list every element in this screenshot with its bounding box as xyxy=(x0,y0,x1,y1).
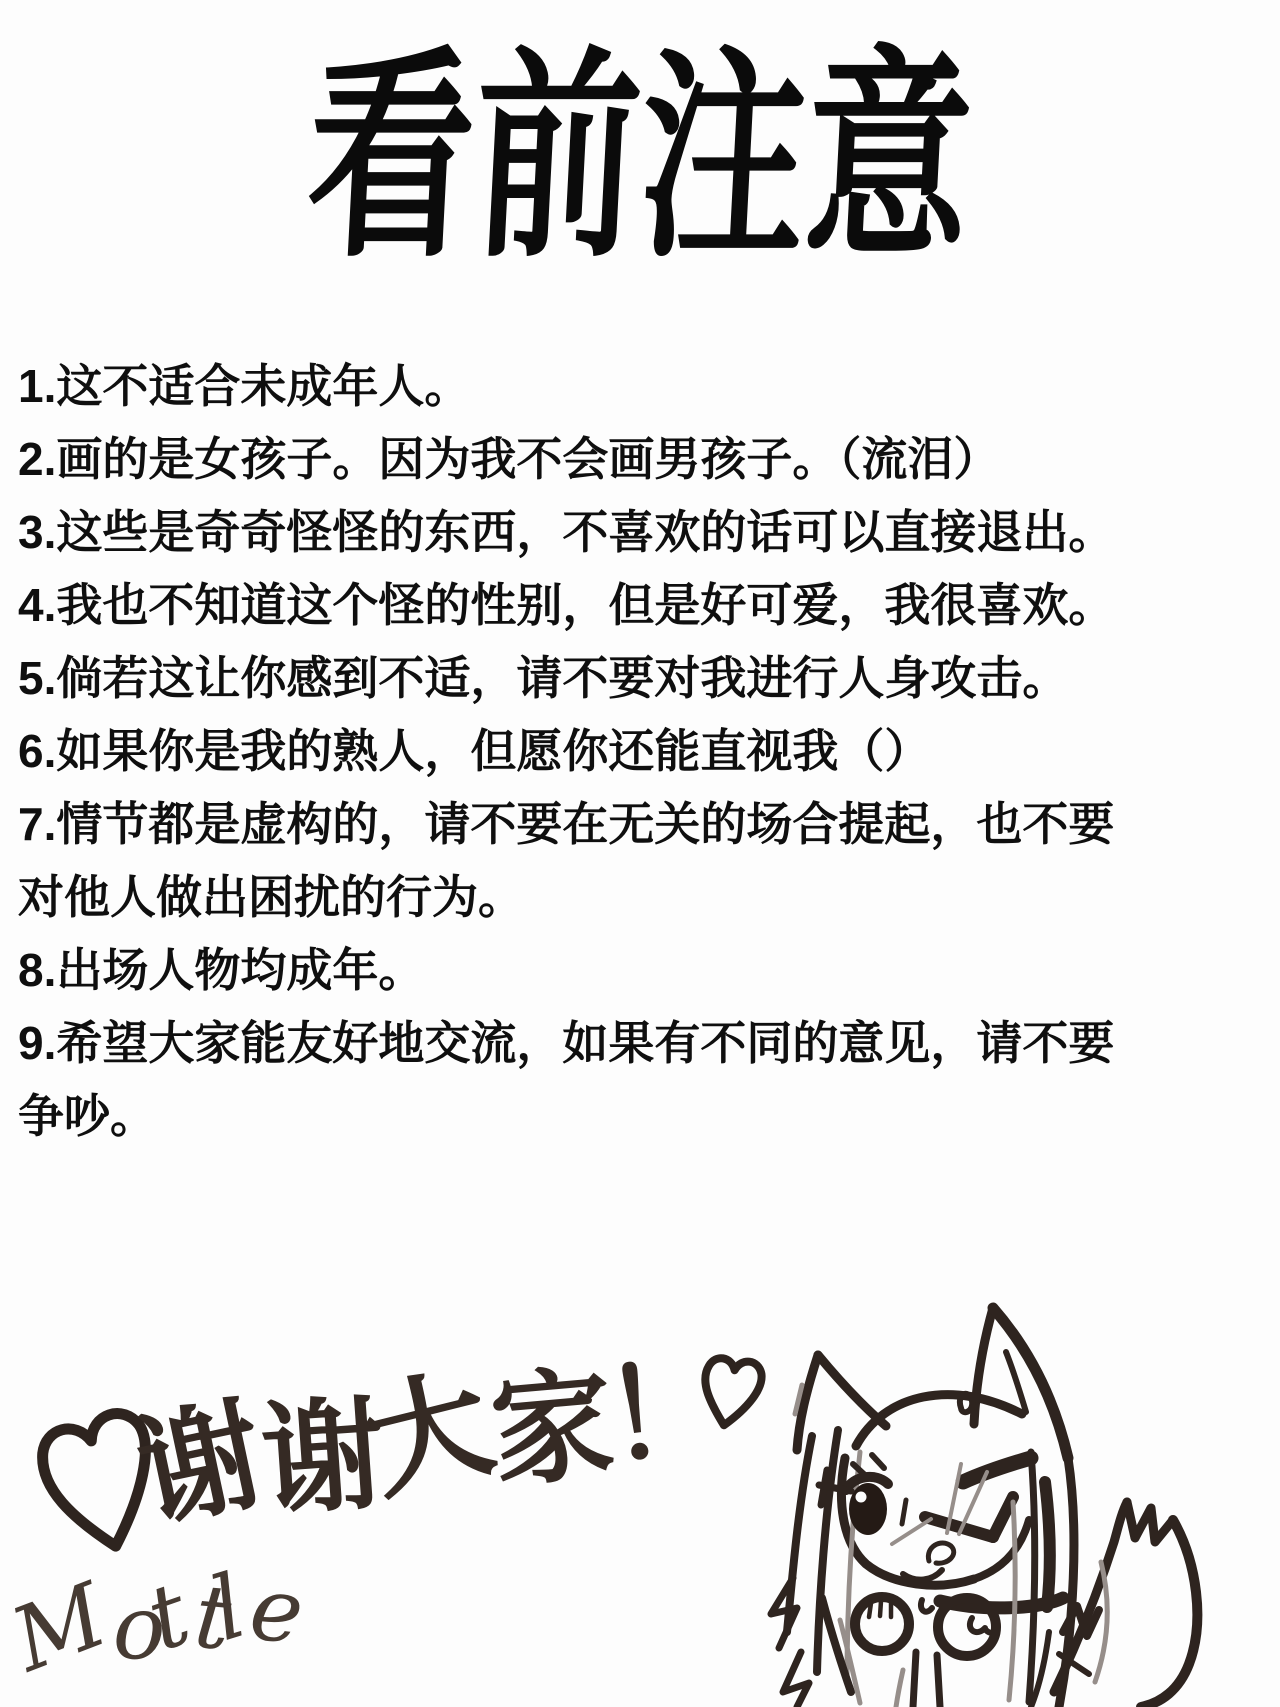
cat-ear-right xyxy=(960,1308,1068,1458)
notice-list: 1.这不适合未成年人。 2.画的是女孩子。因为我不会画男孩子。（流泪） 3.这些… xyxy=(18,350,1274,1153)
footer-illustration: 谢谢大家！ Mottle xyxy=(0,1200,1280,1707)
body-ribbons xyxy=(896,1652,940,1707)
artist-signature: Mottle xyxy=(0,1528,321,1707)
notice-item-3: 3.这些是奇奇怪怪的东西，不喜欢的话可以直接退出。 xyxy=(18,496,1274,569)
notice-item-4: 4.我也不知道这个怪的性别，但是好可爱，我很喜欢。 xyxy=(18,569,1274,642)
eye-wink xyxy=(892,1458,1031,1544)
notice-item-9: 9.希望大家能友好地交流，如果有不同的意见，请不要 争吵。 xyxy=(18,1007,1274,1153)
svg-text:Mottle: Mottle xyxy=(0,1528,321,1707)
page-title: 看前注意 xyxy=(161,46,1120,270)
notice-item-5: 5.倘若这让你感到不适，请不要对我进行人身攻击。 xyxy=(18,642,1274,715)
notice-item-7: 7.情节都是虚构的，请不要在无关的场合提起，也不要 对他人做出困扰的行为。 xyxy=(18,788,1274,934)
chibi-character-sketch xyxy=(771,1308,1197,1707)
notice-item-8: 8.出场人物均成年。 xyxy=(18,934,1274,1007)
notice-item-1: 1.这不适合未成年人。 xyxy=(18,350,1274,423)
mouth-tongue xyxy=(903,1543,954,1580)
notice-item-2: 2.画的是女孩子。因为我不会画男孩子。（流泪） xyxy=(18,423,1274,496)
notice-item-6: 6.如果你是我的熟人，但愿你还能直视我（） xyxy=(18,715,1274,788)
thanks-handwriting: 谢谢大家！ xyxy=(125,1324,729,1551)
